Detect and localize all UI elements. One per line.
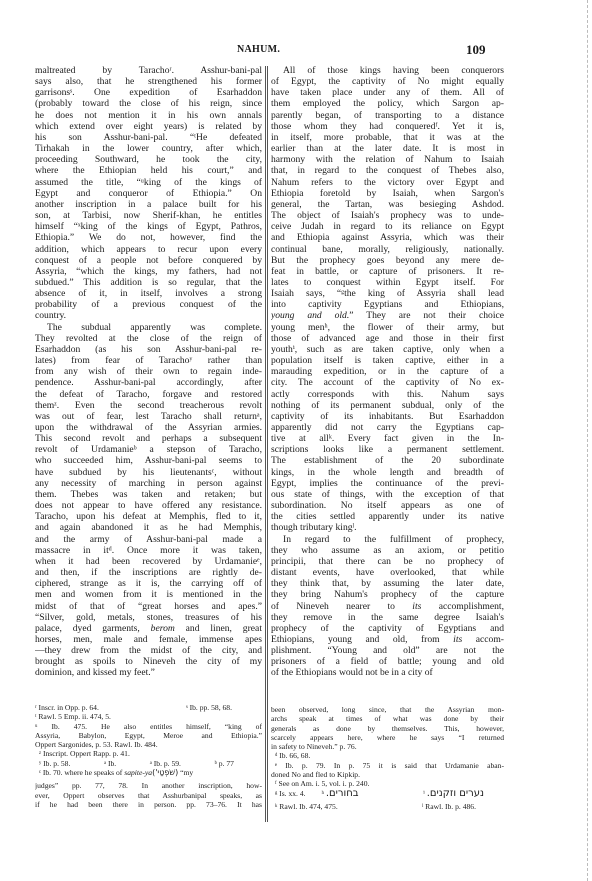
footnote-u: ᵘ Ib. 475. He also entitles himself, “ki…	[35, 722, 262, 731]
text-line: But the prophecy goes beyond any mere de…	[271, 255, 504, 266]
text-line: actly corresponds with this. Nahum says	[271, 389, 504, 400]
hebrew-word: ('שֹׁפְטַי)	[152, 768, 178, 777]
text-line: The object of Isaiah's prophecy was to u…	[271, 210, 504, 221]
right-column-text: All of those kings having been conqueror…	[271, 65, 504, 679]
text-line: lates) from fear of Tarachoʸ rather than	[35, 355, 262, 366]
text-line: his son Asshur-bani-pal. “ᵗHe defeated	[35, 132, 262, 143]
text-line: revolt of Urdamanieᵇ a stepson of Tarach…	[35, 444, 262, 455]
footnote-c-suffix: “my	[178, 768, 193, 777]
text-line: marauding expedition, or in the capture …	[271, 366, 504, 377]
text-line: assumed the title, “ᵘking of the kings o…	[35, 177, 262, 188]
footnote-i-mark: ⁱ	[423, 789, 425, 798]
text-line: midst of that of “great horses and apes.…	[35, 601, 262, 612]
text-line: they remove in the same degree Isaiah's	[271, 612, 504, 623]
footnote-c-cont: judges” pp. 77, 78. In another inscripti…	[35, 781, 262, 790]
footnote-c-text: ᶜ Ib. 70. where he speaks of	[39, 768, 124, 777]
text-line: Ethiopia foretold by Isaiah, when Sargon…	[271, 188, 504, 199]
text-line: that, in regard to the conquest of Thebe…	[271, 165, 504, 176]
text-line: Nahum refers to the victory over Egypt a…	[271, 177, 504, 188]
text-line: of Egypt, the captivity of No might equa…	[271, 76, 504, 87]
footnote-c-cont: generals as done by themselves. This, ho…	[271, 724, 504, 733]
text-line: nothing of its permanent subdual, only o…	[271, 400, 504, 411]
footnotes-right: been observed, long since, that the Assy…	[271, 705, 504, 811]
footnote-row: ʳ Inscr. in Opp. p. 64. ˢ Ib. pp. 58, 68…	[35, 703, 262, 712]
page-number: 109	[466, 42, 486, 58]
text-line: the defeat of Taracho, forgave and resto…	[35, 389, 262, 400]
text-line: does not appear to have offered any resi…	[35, 500, 262, 511]
text-line: young menʰ, the flower of their army, bu…	[271, 322, 504, 333]
text-line: scriptions looks like a permanent settle…	[271, 444, 504, 455]
text-line: principii, that there can be no prophecy…	[271, 556, 504, 567]
text-line: he does not mention it in his own annals	[35, 110, 262, 121]
column-divider	[265, 66, 268, 822]
text-line: They revolted at the close of the reign …	[35, 333, 262, 344]
footnote-y: ʸ Ib. p. 58.	[39, 759, 70, 768]
footnote-h-mark: ʰ	[321, 789, 323, 798]
text-line: into captivity Egyptians and Ethiopians,	[271, 299, 504, 310]
text-line: they think that, by assuming the later d…	[271, 578, 504, 589]
text-line: which extend over eight years) is relate…	[35, 121, 262, 132]
footnote-e-cont: doned No and fled to Kipkip.	[271, 770, 504, 779]
footnote-c-cont: ever, Oppert observes that Asshurbanipal…	[35, 791, 262, 800]
text-line: another inscription in a palace built fo…	[35, 199, 262, 210]
text-line: dominion, and kissed my feet.”	[35, 667, 262, 678]
text-line: they who assume as an axiom, or petitio	[271, 545, 504, 556]
footnote-u-cont: Oppert Sargonides, p. 53. Rawl. Ib. 484.	[35, 740, 262, 749]
page-edge	[587, 0, 590, 881]
footnote-row: ᵗ Rawl. 5 Emp. ii. 474, 5.	[35, 712, 262, 721]
text-line: young and old.” They are not their choic…	[271, 310, 504, 321]
hebrew-word: בחורים.	[326, 788, 359, 799]
text-line: of Nineveh nearer to its accomplishment,	[271, 601, 504, 612]
text-line: when it had been recovered by Urdamanieᵉ…	[35, 556, 262, 567]
text-line: says also, that he strengthened his form…	[35, 76, 262, 87]
text-line: Taracho, upon his defeat at Memphis, fle…	[35, 511, 262, 522]
footnote-l: ˡ Rawl. Ib. p. 486.	[422, 802, 476, 811]
text-line: proceeding Southward, he took the city,	[35, 154, 262, 165]
footnote-row: ʸ Ib. p. 58. ᵃ Ib. ᵃ Ib. p. 59. ᵇ p. 77	[35, 759, 262, 768]
text-line: tive at allᵏ. Every fact given in the In…	[271, 433, 504, 444]
running-header: NAHUM. 109	[0, 44, 592, 60]
text-line: kings, in the whole length and breadth o…	[271, 467, 504, 478]
footnote-c-cont: in safety to Nineveh.” p. 76.	[271, 742, 504, 751]
book-title: NAHUM.	[237, 44, 280, 55]
text-line: upon the withdrawal of the Assyrian armi…	[35, 422, 262, 433]
text-line: The subdual apparently was complete.	[35, 322, 262, 333]
text-line: them employed the policy, which Sargon a…	[271, 98, 504, 109]
footnote-a: ᵃ Ib.	[104, 759, 116, 768]
footnote-c: ᶜ Ib. 70. where he speaks of sapite-ya('…	[35, 768, 262, 777]
text-line: have subdued by his lieutenantsᶜ, withou…	[35, 467, 262, 478]
text-line: have taken place under any of them. All …	[271, 87, 504, 98]
footnote-row: ᵏ Rawl. Ib. 474, 475. ˡ Rawl. Ib. p. 486…	[271, 802, 504, 811]
text-line: son, at Tarbisi, now Sherif-khan, he ent…	[35, 210, 262, 221]
footnote-g-ref: ᵍ Is. xx. 4.	[275, 789, 306, 798]
text-line: from any wish of their own to regain ind…	[35, 366, 262, 377]
footnote-t: ᵗ Rawl. 5 Emp. ii. 474, 5.	[35, 712, 111, 721]
text-line: massacre in itᵈ. Once more it was taken,	[35, 545, 262, 556]
text-line: pendence. Asshur-bani-pal accordingly, a…	[35, 377, 262, 388]
text-line: harmony with the relation of Nahum to Is…	[271, 154, 504, 165]
text-line: youthⁱ, such as are taken captive, only …	[271, 344, 504, 355]
text-line: where the Ethiopian held his court,” and	[35, 165, 262, 176]
text-line: garrisonsˢ. One expedition of Esarhaddon	[35, 87, 262, 98]
footnote-u-cont: Assyria, Babylon, Egypt, Meroe and Ethio…	[35, 731, 262, 740]
footnote-b: ᵇ p. 77	[215, 759, 234, 768]
text-line: ciphered, strange as it is, the carrying…	[35, 578, 262, 589]
footnote-g: ᵍ Is. xx. 4. ʰ בחורים.	[275, 789, 359, 798]
text-line: and Ethiopia against Assyria, which was …	[271, 232, 504, 243]
text-line: This second revolt and perhaps a subsequ…	[35, 433, 262, 444]
text-line: (probably toward the close of his reign,…	[35, 98, 262, 109]
footnote-c-cont: if he had been there in person. pp. 73–7…	[35, 800, 262, 809]
text-line: country.	[35, 310, 262, 321]
hebrew-phrase: נערים וזקנים.	[427, 788, 484, 799]
text-line: them. Thebes was taken and retaken; but	[35, 489, 262, 500]
footnote-d: ᵈ Ib. 66, 68.	[271, 751, 504, 760]
text-line: horses, men, male and female, immense ap…	[35, 634, 262, 645]
text-line: those whom they had conqueredᶠ. Yet it i…	[271, 121, 504, 132]
footnote-k: ᵏ Rawl. Ib. 474, 475.	[275, 802, 338, 811]
footnote-c-italic: sapite-ya	[124, 768, 152, 777]
text-line: lates to conquest within Egypt itself. F…	[271, 277, 504, 288]
footnote-i: ⁱ נערים וזקנים.	[423, 789, 484, 798]
text-line: absence of it, in itself, involves a str…	[35, 288, 262, 299]
text-line: In regard to the fulfillment of prophecy…	[271, 534, 504, 545]
text-line: plishment. “Young and old” are not the	[271, 645, 504, 656]
text-line: Ethiopians, young and old, from its acco…	[271, 634, 504, 645]
text-line: All of those kings having been conqueror…	[271, 65, 504, 76]
text-line: though tributary kingˡ.	[271, 522, 504, 533]
text-line: and then, if the inscriptions are rightl…	[35, 567, 262, 578]
text-line: themᶻ. Even the second treacherous revol…	[35, 400, 262, 411]
text-line: Tirhakah in the lower country, after whi…	[35, 143, 262, 154]
footnotes-left: ʳ Inscr. in Opp. p. 64. ˢ Ib. pp. 58, 68…	[35, 703, 262, 809]
text-line: those of advanced age and those in their…	[271, 333, 504, 344]
text-line: parently began, of transporting to a dis…	[271, 110, 504, 121]
text-line: ceive Judah in regard to its reliance on…	[271, 221, 504, 232]
text-line: in itself, more probable, that it was at…	[271, 132, 504, 143]
text-line: and again abandoned it as he had Memphis…	[35, 522, 262, 533]
text-line: city. The account of the captivity of No…	[271, 377, 504, 388]
text-line: men and women from it is mentioned in th…	[35, 589, 262, 600]
footnote-a2: ᵃ Ib. p. 59.	[150, 759, 181, 768]
text-line: “Silver, gold, metals, stones, treasures…	[35, 612, 262, 623]
text-line: prophecy of the captivity of Egyptians a…	[271, 623, 504, 634]
footnote-r: ʳ Inscr. in Opp. p. 64.	[35, 703, 99, 712]
text-line: feat in battle, or capture of prisoners.…	[271, 266, 504, 277]
text-line: they bring Nahum's prophecy of the captu…	[271, 589, 504, 600]
text-line: general, the Tartan, was besieging Ashdo…	[271, 199, 504, 210]
footnote-z: ᶻ Inscript. Oppert Rapp. p. 41.	[35, 749, 262, 758]
text-line: was out of fear, lest Taracho shall retu…	[35, 411, 262, 422]
text-line: conquest of a people not before conquere…	[35, 255, 262, 266]
text-line: maltreated by Tarachoʳ. Asshur-bani-pal	[35, 65, 262, 76]
text-line: himself “ˣking of the kings of Egypt, Pa…	[35, 221, 262, 232]
footnote-e: ᵉ Ib. p. 79. In p. 75 it is said that Ur…	[271, 761, 504, 770]
text-line: ous state of things, with the exception …	[271, 489, 504, 500]
footnote-c-cont: archs speak at times of what was done by…	[271, 714, 504, 723]
text-line: palace, dyed garments, berom and linen, …	[35, 623, 262, 634]
text-line: Esarhaddon (as his son Asshur-bani-pal r…	[35, 344, 262, 355]
text-line: addition, which appears to recur upon ev…	[35, 244, 262, 255]
text-line: distant events, have overlooked, that wh…	[271, 567, 504, 578]
text-line: The establishment of the 20 subordinate	[271, 455, 504, 466]
text-line: probability of a previous conquest of th…	[35, 299, 262, 310]
text-line: apparently did not carry the Egyptians c…	[271, 422, 504, 433]
text-line: Egypt and conqueror of Ethiopia.” On	[35, 188, 262, 199]
text-line: Egypt, implies the continuance of the pr…	[271, 478, 504, 489]
left-column-text: maltreated by Tarachoʳ. Asshur-bani-pals…	[35, 65, 262, 679]
text-line: prisoners of a field of battle; young an…	[271, 656, 504, 667]
text-line: and the army of Asshur-bani-pal made a	[35, 534, 262, 545]
text-line: Ethiopia.” We do not, however, find the	[35, 232, 262, 243]
text-line: subdued.” This addition is so regular, t…	[35, 277, 262, 288]
text-line: Isaiah says, “ᵍthe king of Assyria shall…	[271, 288, 504, 299]
text-line: subordination. No itself appears as one …	[271, 500, 504, 511]
footnote-s: ˢ Ib. pp. 58, 68.	[186, 703, 232, 712]
text-line: any necessity of marching in person agai…	[35, 478, 262, 489]
footnote-row-hebrew: ᵍ Is. xx. 4. ʰ בחורים. ⁱ נערים וזקנים.	[271, 789, 504, 798]
text-line: who succeeded him, Asshur-bani-pal seems…	[35, 455, 262, 466]
text-line: the cities settled apparently under its …	[271, 511, 504, 522]
text-line: brought as spoils to Nineveh the city of…	[35, 656, 262, 667]
text-line: —they drew from the midst of the city, a…	[35, 645, 262, 656]
footnote-c-cont: been observed, long since, that the Assy…	[271, 705, 504, 714]
text-line: captivity of its inhabitants. But Esarha…	[271, 411, 504, 422]
text-line: earlier than at the later date. It is mo…	[271, 143, 504, 154]
text-line: of the Ethiopians would not be in a city…	[271, 667, 504, 678]
text-line: continual bane, morally, religiously, na…	[271, 244, 504, 255]
text-line: population itself is taken captive, eith…	[271, 355, 504, 366]
text-line: Assyria, “which the kings, my fathers, h…	[35, 266, 262, 277]
footnote-c-cont: scarcely appears here, where he says “I …	[271, 733, 504, 742]
